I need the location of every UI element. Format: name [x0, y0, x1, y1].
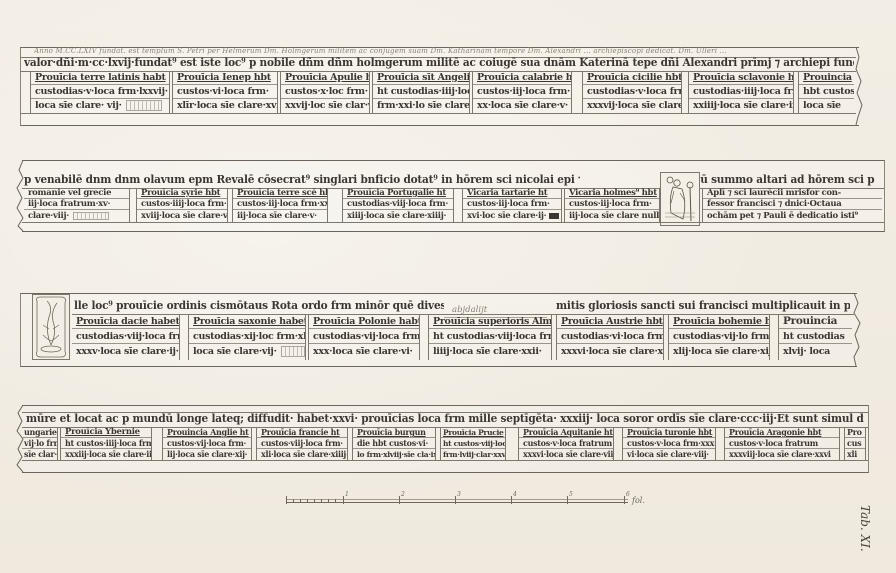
province-cell: Prouīcia bohemie ht custodias·vij·lo frm…	[668, 314, 770, 360]
cell-line: ht custodias	[779, 329, 852, 344]
cell-line: vi·loca sīe clare·viij·	[623, 449, 715, 460]
cell-line: custodias·vi·loca frm·	[557, 329, 663, 344]
cell-line: Prouincia Anglie ht	[163, 427, 251, 438]
rule	[22, 460, 868, 461]
cell-line: custodias·v·loca frm·lxxvij·	[31, 85, 169, 99]
rule	[20, 113, 856, 114]
province-cell: Prouīcia Ybernie ht custos·iiij·loca frm…	[60, 427, 152, 460]
cell-line: custos·vij·loca frm·	[163, 438, 251, 449]
cell-line: custodias·xij·loc frm·xl·	[189, 329, 305, 344]
province-cell: Prouīcia Aragonie hbt custos·v·loca frat…	[724, 427, 840, 460]
cell-line: frm·lviij·clar·xxv·	[441, 449, 505, 460]
cell-line: Prouīcia terre latinis habt	[31, 71, 169, 85]
cell-line: Prouincia	[779, 314, 852, 329]
province-cell-truncated: Pro cus xli	[844, 427, 866, 460]
cell-line: Vicaria tartarie ht	[463, 188, 561, 199]
cell-line: Prouīcia superioris Almāie	[429, 314, 551, 329]
cell-line: Prouīcia Ienep hbt	[173, 71, 277, 85]
scale-line	[286, 499, 628, 500]
ornament-mark	[549, 213, 559, 219]
province-cell: Prouīcia superioris Almāie ht custodias·…	[428, 314, 552, 360]
cell-line: custodias·viij·loca frm·	[72, 329, 179, 344]
cell-line: lo frm·xlviij·sīe cla·ix·	[353, 449, 435, 460]
province-cell-truncated: Prouincia hbt custos loca sīe	[798, 71, 854, 113]
scale-label: 6	[626, 491, 630, 498]
cell-line: xli·loca sīe clare·xiiij·	[257, 449, 347, 460]
cell-line: custodias·iiij·loca frm·	[689, 85, 793, 99]
cell-line: Prouīcia dacie habet	[72, 314, 179, 329]
torn-edge-right	[852, 293, 862, 366]
cell-line: Prouīcia cicilie hbt	[583, 71, 681, 85]
cell-line: xxxvij·loca sīe clare·iiij·	[583, 99, 681, 113]
cell-line: xxiiij·loca sīe clare·iij·	[689, 99, 793, 113]
cell-line: xlij·loca sīe clare·xij·	[669, 344, 769, 360]
scale-minor-tick	[300, 499, 301, 503]
province-cell: Prouīcia syrie hbt custos·iiij·loca frm·…	[136, 188, 228, 222]
province-cell: Prouīcia francie ht custos·viij·loca frm…	[256, 427, 348, 460]
province-cell: Prouīcia saxonie habet custodias·xij·loc…	[188, 314, 306, 360]
cell-line: Aplī ⁊ sci laurēcii mrisfor con-	[703, 188, 882, 199]
cell-line: custos·iij·loca frm·	[565, 199, 659, 210]
scale-unit: fol.	[632, 496, 645, 505]
torn-edge-left	[14, 160, 24, 231]
cell-line: lij·loca sīe clare·xij·	[163, 449, 251, 460]
scale-minor-tick	[293, 499, 294, 503]
province-cell: Prouīcia Polonie habt custodias·vij·loca…	[308, 314, 420, 360]
foliate-initial-icon	[33, 295, 69, 359]
cell-line: custos·x·loc frm·	[281, 85, 369, 99]
scale-label: 1	[345, 491, 349, 498]
cell-line: romanie vel grecie	[24, 188, 129, 199]
cell-line: Prouīcia turonie hbt	[623, 427, 715, 438]
province-cell: Prouīcia sclavonie ht custodias·iiij·loc…	[688, 71, 794, 113]
dedication-cell: Aplī ⁊ sci laurēcii mrisfor con- fessor …	[702, 188, 882, 222]
cell-line: xxxvi·loca sīe clare·xviij·	[557, 344, 663, 360]
cell-line: xlīr·loca sīe clare·xviij·	[173, 99, 277, 113]
scale-tick	[286, 496, 287, 504]
cell-line: xxxvi·loca sīe clare·viij·	[519, 449, 613, 460]
cell-line: custos·iiij·loca frm·	[137, 199, 227, 210]
cell-line: xviij·loca sīe clare·v·	[137, 210, 227, 222]
scale-label: 5	[569, 491, 573, 498]
scale-label: 4	[513, 491, 517, 498]
cell-line: Prouīcia bohemie ht	[669, 314, 769, 329]
province-cell: Prouīcia turonie hbt custos·v·loca frm·x…	[622, 427, 716, 460]
cell-line: loca sīe clare· vij·	[35, 100, 122, 111]
scale-tick	[343, 496, 344, 504]
scale-tick	[567, 496, 568, 504]
cell-line: Prouīcia calabrie hbt	[473, 71, 571, 85]
cell-line: Prouīcia Austrie hbt	[557, 314, 663, 329]
cell-line: custodias·v·loca frm·	[583, 85, 681, 99]
scale-minor-tick	[335, 499, 336, 503]
scale-minor-tick	[314, 499, 315, 503]
cell-line: hbt custos	[799, 85, 854, 99]
marginal-note: abjdalijt	[444, 300, 547, 313]
cell-line: custos·viij·loca frm·	[257, 438, 347, 449]
province-cell: romanie vel grecie iij·loca fratrum·xv· …	[24, 188, 130, 222]
cell-line: ht custodias·viij·loca frm·	[429, 329, 551, 344]
cell-line: custos·v·loca fratrum	[725, 438, 839, 449]
cell-line: clare·viij·	[28, 211, 69, 221]
scale-label: 3	[457, 491, 461, 498]
cell-line: fessor francisci ⁊ dnici·Octaua	[703, 199, 882, 210]
scale-line	[286, 502, 628, 503]
province-cell: Prouīcia Apulie ht custos·x·loc frm· xxv…	[280, 71, 370, 113]
cell-line: Prouīcia Portugalie ht	[343, 188, 453, 199]
saint-figure-image	[660, 172, 700, 226]
plate-number: Tab. XI.	[858, 505, 872, 552]
header-inscription: Anno M.CC.LXIV fundat. est templum S. Pe…	[34, 47, 850, 57]
rule	[22, 222, 884, 223]
cell-line: sīe clar·ij·	[22, 449, 57, 460]
cell-line: Prouīcia sīt Angeli	[373, 71, 469, 85]
flourish-ornament	[126, 100, 162, 111]
main-inscription: mūre et locat ac p mundū longe lateq; di…	[26, 413, 864, 427]
cell-line: Prouīcia Apulie ht	[281, 71, 369, 85]
cell-line: custos·iij·loca frm·	[463, 199, 561, 210]
scale-tick	[455, 496, 456, 504]
province-cell-truncated: Prouincia ht custodias xlvij· loca	[778, 314, 852, 360]
saint-figure-icon	[661, 173, 699, 225]
cell-line: Prouīcia Prucie	[441, 427, 505, 438]
main-inscription: valor·dñi·m·cc·lxvij·fundat⁹ est iste lo…	[24, 57, 854, 71]
main-inscription-right: mitis gloriosis sancti sui francisci mul…	[556, 300, 850, 314]
province-cell: Prouīcia terre scē hbt custos·iij·loca f…	[232, 188, 328, 222]
cell-line: Prouīcia Polonie habt	[309, 314, 419, 329]
cell-line: Prouīcia terre scē hbt	[233, 188, 327, 199]
cell-line: Prouīcia saxonie habet	[189, 314, 305, 329]
cell-line: vij·lo frm	[22, 438, 57, 449]
province-cell: Prouīcia Portugalie ht custodias·viij·lo…	[342, 188, 454, 222]
cell-line: xvi·loc sīe clare·ij·	[467, 211, 546, 221]
cell-line: Prouīcia Aquitanie ht	[519, 427, 613, 438]
province-cell-truncated: ungarie vij·lo frm sīe clar·ij·	[22, 427, 58, 460]
cell-line: xli	[845, 449, 865, 460]
cell-line: frm·xxi·lo sīe clare·vi·	[373, 99, 469, 113]
province-cell: Prouīcia terre latinis habt custodias·v·…	[30, 71, 170, 113]
province-cell: Vicaria holmes⁹ hbt custos·iij·loca frm·…	[564, 188, 660, 222]
scale-tick	[511, 496, 512, 504]
cell-line: iij·loca fratrum·xv·	[24, 199, 129, 210]
cell-line: xxxv·loca sīe clare·ij·	[72, 344, 179, 360]
cell-line: xxxiij·loca sīe clare·iij·	[61, 449, 151, 460]
cell-line: custos·iij·loca frm·xx·	[233, 199, 327, 210]
cell-line: xxvij·loc sīe clar·vi·	[281, 99, 369, 113]
cell-line: Prouīcia Ybernie	[61, 427, 151, 438]
scale-minor-tick	[328, 499, 329, 503]
province-cell: Prouīcia Ienep hbt custos·vi·loca frm· x…	[172, 71, 278, 113]
cell-line: custos·v·loca frm·xxx·	[623, 438, 715, 449]
scale-minor-tick	[321, 499, 322, 503]
cell-line: custodias·vij·lo frm·	[669, 329, 769, 344]
province-cell: Prouincia Anglie ht custos·vij·loca frm·…	[162, 427, 252, 460]
cell-line: ochām pet ⁊ Pauli ē dedicatio isti⁹	[703, 210, 882, 222]
province-cell: Prouīcia Austrie hbt custodias·vi·loca f…	[556, 314, 664, 360]
cell-line: Vicaria holmes⁹ hbt	[565, 188, 659, 199]
province-cell: Prouīcia sīt Angeli ht custodias·iiij·lo…	[372, 71, 470, 113]
cell-line: ht custos·viij·loca	[441, 438, 505, 449]
cell-line: Prouīcia syrie hbt	[137, 188, 227, 199]
flourish-ornament	[73, 212, 109, 220]
cell-line: custodias·vij·loca frm·	[309, 329, 419, 344]
cell-line: xxxviij·loca sīe clare·xxvi	[725, 449, 839, 460]
scale-label: 2	[401, 491, 405, 498]
cell-line: custos·iij·loca frm·	[473, 85, 571, 99]
scale-bar: 1 2 3 4 5 6 fol.	[286, 494, 628, 508]
cell-line: Pro	[845, 427, 865, 438]
main-inscription-left: lle loc⁹ prouīcie ordinis cismōtaus Rota…	[74, 300, 444, 314]
cell-line: iij·loca sīe clare·v·	[233, 210, 327, 222]
scale-tick	[399, 496, 400, 504]
main-inscription: p venabilē dnm dnm olavum epm Revalē cōs…	[24, 174, 580, 188]
province-cell: Prouīcia dacie habet custodias·viij·loca…	[72, 314, 180, 360]
cell-line: liiij·loca sīe clare·xxii·	[429, 344, 551, 360]
decorated-initial	[32, 294, 70, 360]
province-cell: Prouīcia cicilie hbt custodias·v·loca fr…	[582, 71, 682, 113]
flourish-ornament	[281, 346, 305, 357]
cell-line: Prouīcia burgun	[353, 427, 435, 438]
cell-line: ht custos·iiij·loca frm·	[61, 438, 151, 449]
province-cell: Prouīcia burgun die hbt custos·vi· lo fr…	[352, 427, 436, 460]
scale-minor-tick	[307, 499, 308, 503]
cell-line: iij·loca sīe clare nulla·	[565, 210, 659, 222]
cell-line: ht custodias·iiij·loca	[373, 85, 469, 99]
cell-line: Prouīcia Aragonie hbt	[725, 427, 839, 438]
cell-line: custos·vi·loca frm·	[173, 85, 277, 99]
cell-line: die hbt custos·vi·	[353, 438, 435, 449]
province-cell: Vicaria tartarie ht custos·iij·loca frm·…	[462, 188, 562, 222]
cell-line: xiiij·loca sīe clare·xiiij·	[343, 210, 453, 222]
cell-line: custodias·viij·loca frm·	[343, 199, 453, 210]
province-cell: Prouīcia Aquitanie ht custos·v·loca frat…	[518, 427, 614, 460]
cell-line: xx·loca sīe clare·v·	[473, 99, 571, 113]
cell-line: xxx·loca sīe clare·vi·	[309, 344, 419, 360]
province-cell: Prouīcia calabrie hbt custos·iij·loca fr…	[472, 71, 572, 113]
cell-line: Prouincia	[799, 71, 854, 85]
main-inscription-right: cū summo altari ad hōrem sci p	[694, 174, 880, 188]
cell-line: Prouīcia francie ht	[257, 427, 347, 438]
scale-tick	[624, 496, 625, 504]
province-cell: Prouīcia Prucie ht custos·viij·loca frm·…	[440, 427, 506, 460]
cell-line: custos·v·loca fratrum	[519, 438, 613, 449]
cell-line: xlvij· loca	[779, 344, 852, 360]
cell-line: cus	[845, 438, 865, 449]
cell-line: Prouīcia sclavonie ht	[689, 71, 793, 85]
torn-edge-right	[855, 47, 865, 125]
cell-line: loca sīe clare·vij·	[193, 346, 277, 357]
cell-line: ungarie	[22, 427, 57, 438]
cell-line: loca sīe	[799, 99, 854, 113]
